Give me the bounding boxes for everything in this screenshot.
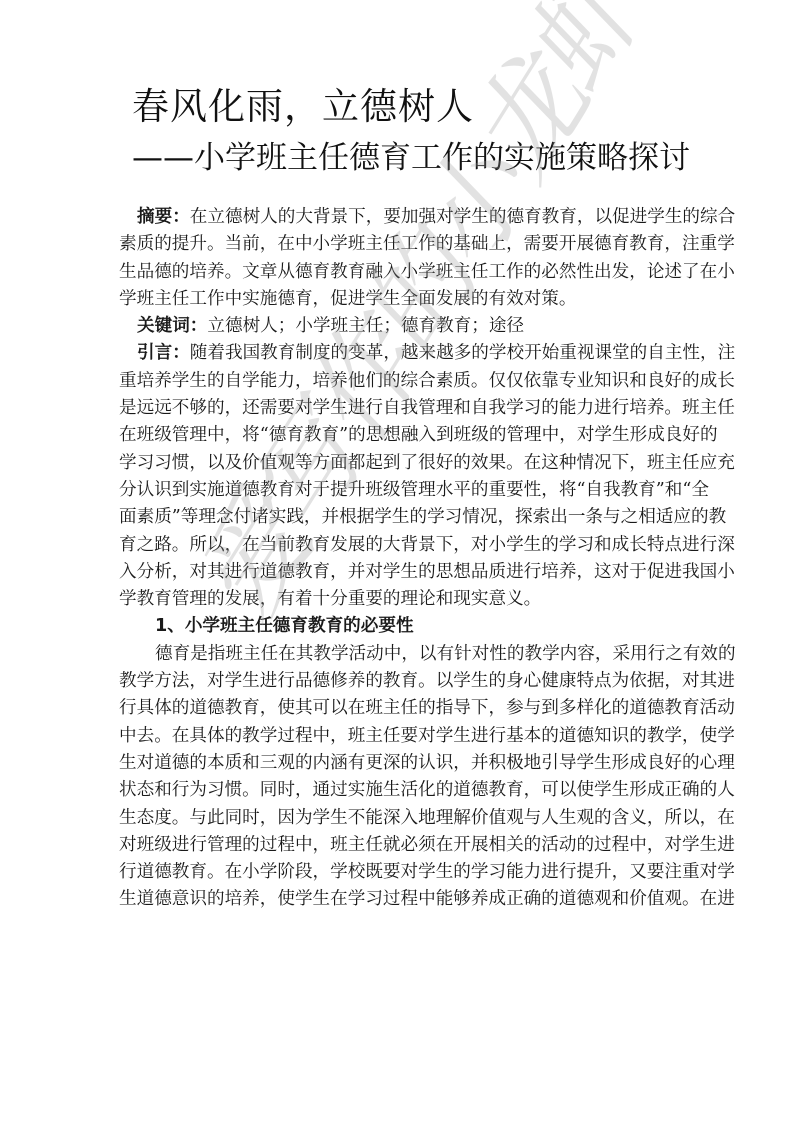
keywords-value: 立德树人；小学班主任；德育教育；途径 xyxy=(207,316,524,336)
section-1: 1、小学班主任德育教育的必要性 德育是指班主任在其教学活动中，以有针对性的教学内… xyxy=(119,613,685,913)
abstract-line: 生品德的培养。文章从德育教育融入小学班主任工作的必然性出发，论述了在小 xyxy=(119,259,685,286)
section-1-line: 状态和行为习惯。同时，通过实施生活化的道德教育，可以使学生形成正确的人 xyxy=(119,777,685,804)
section-1-line: 生对道德的本质和三观的内涵有更深的认识，并积极地引导学生形成良好的心理 xyxy=(119,750,685,777)
section-1-line: 对班级进行管理的过程中，班主任就必须在开展相关的活动的过程中，对学生进 xyxy=(119,832,685,859)
intro-line: 育之路。所以，在当前教育发展的大背景下，对小学生的学习和成长特点进行深 xyxy=(119,532,685,559)
keywords-label: 关键词： xyxy=(137,316,207,336)
intro-label: 引言： xyxy=(137,343,190,363)
intro-line: 是远远不够的，还需要对学生进行自我管理和自我学习的能力进行培养。班主任 xyxy=(119,395,685,422)
keywords-section: 关键词：立德树人；小学班主任；德育教育；途径 xyxy=(119,313,685,340)
intro-line: 在班级管理中，将“德育教育”的思想融入到班级的管理中，对学生形成良好的 xyxy=(119,422,685,449)
document-body: 摘要：在立德树人的大背景下，要加强对学生的德育教育，以促进学生的综合 素质的提升… xyxy=(119,204,685,914)
section-1-line: 教学方法，对学生进行品德修养的教育。以学生的身心健康特点为依据，对其进 xyxy=(119,668,685,695)
section-1-line: 中去。在具体的教学过程中，班主任要对学生进行基本的道德知识的教学，使学 xyxy=(119,723,685,750)
section-1-line: 行道德教育。在小学阶段，学校既要对学生的学习能力进行提升，又要注重对学 xyxy=(119,859,685,886)
intro-line: 面素质”等理念付诸实践，并根据学生的学习情况，探索出一条与之相适应的教 xyxy=(119,504,685,531)
section-1-line: 德育是指班主任在其教学活动中，以有针对性的教学内容，采用行之有效的 xyxy=(119,641,685,668)
document-subtitle: ——小学班主任德育工作的实施策略探讨 xyxy=(132,132,690,177)
section-1-heading: 1、小学班主任德育教育的必要性 xyxy=(119,613,685,640)
section-1-line: 生态度。与此同时，因为学生不能深入地理解价值观与人生观的含义，所以，在 xyxy=(119,805,685,832)
document-title: 春风化雨，立德树人 xyxy=(132,76,474,130)
abstract-line: 摘要：在立德树人的大背景下，要加强对学生的德育教育，以促进学生的综合 xyxy=(119,204,685,231)
abstract-line: 素质的提升。当前，在中小学班主任工作的基础上，需要开展德育教育，注重学 xyxy=(119,231,685,258)
keywords-line: 关键词：立德树人；小学班主任；德育教育；途径 xyxy=(119,313,685,340)
abstract-section: 摘要：在立德树人的大背景下，要加强对学生的德育教育，以促进学生的综合 素质的提升… xyxy=(119,204,685,313)
section-1-line: 行具体的道德教育，使其可以在班主任的指导下，参与到多样化的道德教育活动 xyxy=(119,695,685,722)
intro-line: 引言：随着我国教育制度的变革，越来越多的学校开始重视课堂的自主性，注 xyxy=(119,340,685,367)
abstract-label: 摘要： xyxy=(137,207,190,227)
intro-line: 学教育管理的发展，有着十分重要的理论和现实意义。 xyxy=(119,586,685,613)
document-page: 春风化雨，立德树人 ——小学班主任德育工作的实施策略探讨 摘要：在立德树人的大背… xyxy=(0,0,800,1132)
intro-line: 分认识到实施道德教育对于提升班级管理水平的重要性，将“自我教育”和“全 xyxy=(119,477,685,504)
introduction-section: 引言：随着我国教育制度的变革，越来越多的学校开始重视课堂的自主性，注 重培养学生… xyxy=(119,340,685,613)
abstract-line: 学班主任工作中实施德育，促进学生全面发展的有效对策。 xyxy=(119,286,685,313)
intro-line: 学习习惯，以及价值观等方面都起到了很好的效果。在这种情况下，班主任应充 xyxy=(119,450,685,477)
section-1-line: 生道德意识的培养，使学生在学习过程中能够养成正确的道德观和价值观。在进 xyxy=(119,886,685,913)
intro-line: 入分析，对其进行道德教育，并对学生的思想品质进行培养，这对于促进我国小 xyxy=(119,559,685,586)
intro-line: 重培养学生的自学能力，培养他们的综合素质。仅仅依靠专业知识和良好的成长 xyxy=(119,368,685,395)
